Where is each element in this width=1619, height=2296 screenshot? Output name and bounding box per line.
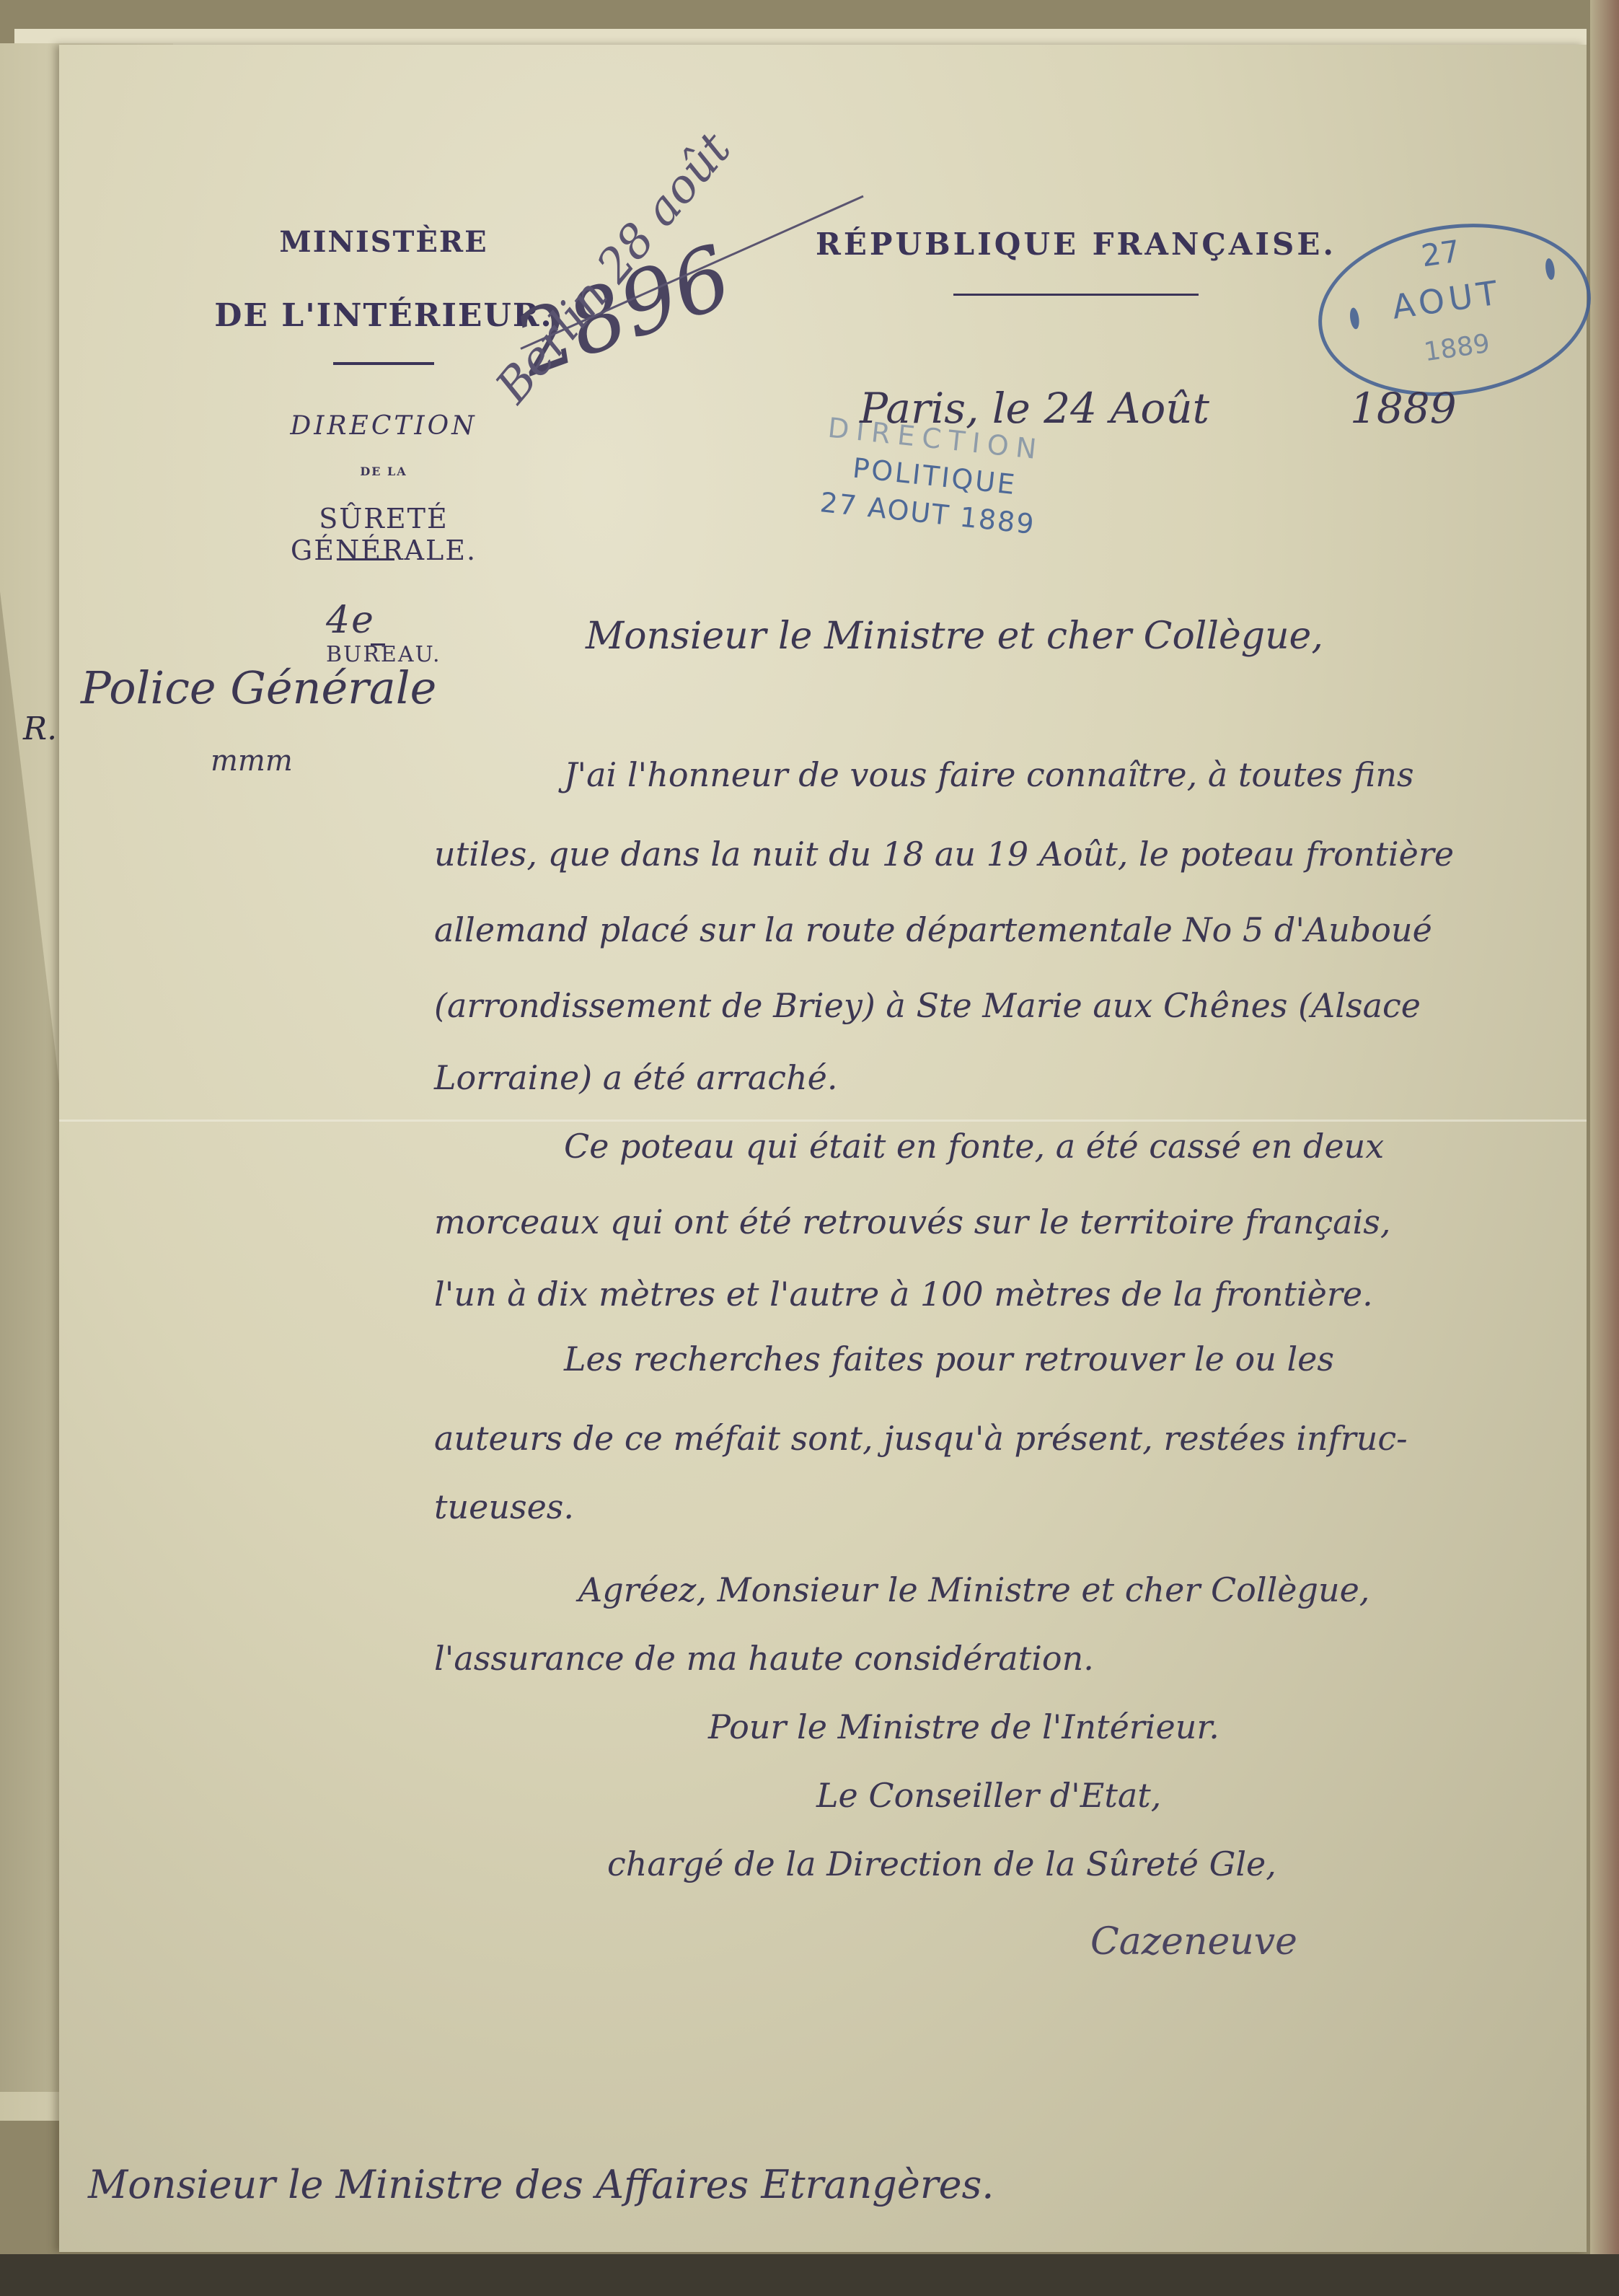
ornament-divider [333,362,434,369]
bureau-number: 4e [326,599,375,642]
body-line: Ce poteau qui était en fonte, a été cass… [564,1127,1384,1166]
body-line: Lorraine) a été arraché. [434,1058,837,1097]
closing-line-3: chargé de la Direction de la Sûreté Gle, [607,1844,1276,1883]
body-line: Les recherches faites pour retrouver le … [564,1340,1334,1378]
body-line: morceaux qui ont été retrouvés sur le te… [434,1202,1390,1241]
de-la-label: DE LA [348,465,420,478]
republic-heading: RÉPUBLIQUE FRANÇAISE. [780,226,1372,262]
body-line: tueuses. [434,1487,574,1526]
paper-fold [59,1120,1587,1122]
stamp-month: AOUT [1390,273,1504,327]
closing-line-2: Le Conseiller d'Etat, [816,1776,1161,1815]
letter-page: MINISTÈRE DE L'INTÉRIEUR. DIRECTION DE L… [59,45,1587,2252]
body-line: allemand placé sur la route départementa… [434,910,1432,949]
underlying-sheet-right [1590,0,1619,2296]
body-line: auteurs de ce méfait sont, jusqu'à prése… [434,1419,1408,1458]
bureau-line: 4e BUREAU. [326,599,470,667]
closing-line-1: Pour le Ministre de l'Intérieur. [708,1707,1219,1746]
table-surface [0,2254,1619,2296]
margin-mark: R. [23,711,57,747]
stamp-dot-left [1349,307,1360,330]
signature: Cazeneuve [1090,1920,1297,1963]
ornament-divider-3 [953,294,1199,296]
body-line: (arrondissement de Briey) à Ste Marie au… [434,986,1421,1025]
ministry-heading: MINISTÈRE [225,225,542,259]
department-handwritten: Police Générale [81,661,436,714]
year: 1889 [1350,384,1457,433]
stamp-dot-right [1544,258,1556,280]
flourish: mmm [211,744,293,778]
place-date: Paris, le 24 Août [860,384,1209,433]
surete-label: SÛRETÉ GÉNÉRALE. [232,503,535,566]
addressee: Monsieur le Ministre des Affaires Etrang… [88,2162,994,2207]
body-line: utiles, que dans la nuit du 18 au 19 Aoû… [434,835,1454,874]
body-line: Agréez, Monsieur le Ministre et cher Col… [578,1570,1369,1609]
dash-divider [371,643,385,646]
ornament-divider-2 [337,558,394,560]
salutation: Monsieur le Ministre et cher Collègue, [586,615,1323,658]
stamp-year: 1889 [1422,329,1491,367]
body-line: l'assurance de ma haute considération. [434,1639,1094,1678]
body-line: l'un à dix mètres et l'autre à 100 mètre… [434,1275,1373,1314]
stamp-day: 27 [1419,233,1463,273]
body-line: J'ai l'honneur de vous faire connaître, … [564,755,1414,794]
direction-label: DIRECTION [261,411,506,441]
